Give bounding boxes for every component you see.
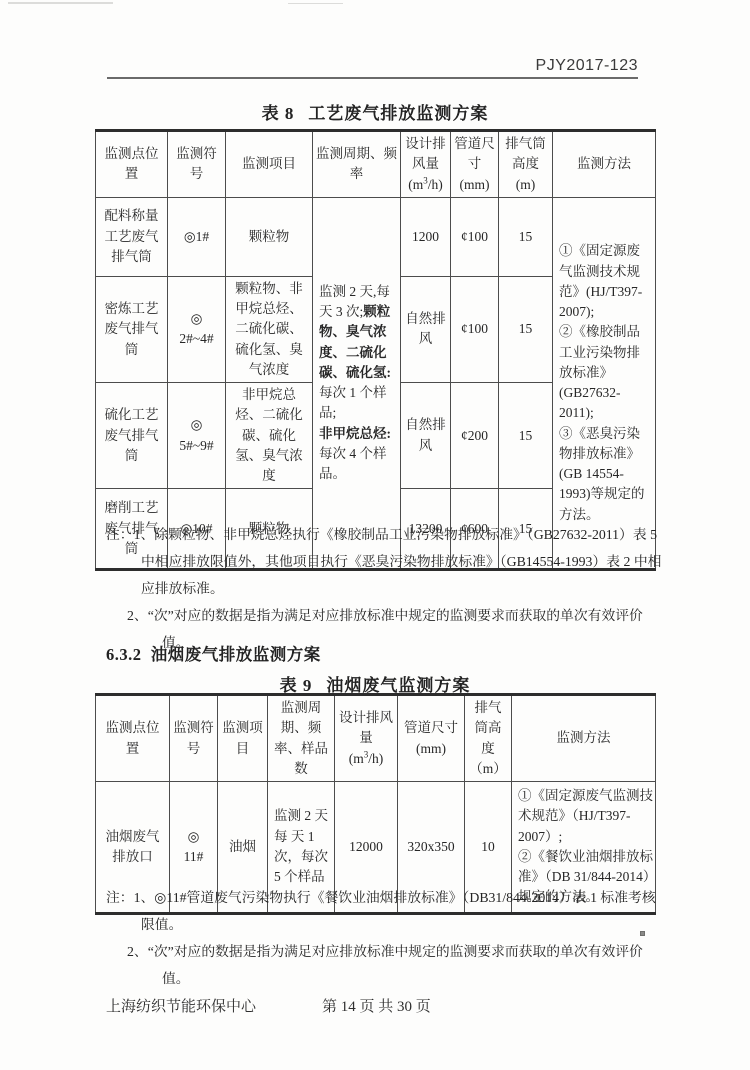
footer-page-number: 第 14 页 共 30 页 [322,995,431,1016]
header-rule [107,77,638,79]
table9-header-airflow: 设计排风量(m3/h) [335,695,398,782]
table8-header-duct: 管道尺寸(mm) [451,131,499,198]
cell-location: 配料称量工艺废气排气筒 [96,197,168,276]
cell-airflow: 自然排风 [401,383,451,489]
table9-fume-exhaust-monitoring: 监测点位置 监测符号 监测项目 监测周期、频率、样品数 设计排风量(m3/h) … [95,693,656,915]
table8-header-symbol: 监测符号 [168,131,226,198]
table9-header-item: 监测项目 [218,695,268,782]
scan-registration-mark [640,931,645,936]
table8-header-airflow: 设计排风量(m3/h) [401,131,451,198]
section-heading-632: 6.3.2 油烟废气排放监测方案 [106,641,321,665]
table8-title-prefix: 表 8 [262,104,295,123]
cell-height: 15 [499,383,553,489]
cell-item: 颗粒物 [226,197,313,276]
table9-notes: 注：1、◎11#管道废气污染物执行《餐饮业油烟排放标准》（DB31/844-20… [106,884,666,992]
cell-airflow: 1200 [401,197,451,276]
footer-organization: 上海纺织节能环保中心 [106,999,256,1015]
cell-item: 颗粒物、非甲烷总烃、二硫化碳、硫化氢、臭气浓度 [226,276,313,382]
cell-item: 非甲烷总烃、二硫化碳、硫化氢、臭气浓度 [226,383,313,489]
table9-header-location: 监测点位置 [96,695,170,782]
table9-header-method: 监测方法 [512,695,656,782]
table9-header-duct: 管道尺寸(mm) [398,695,465,782]
cell-height: 15 [499,197,553,276]
table8-note-1: 注：1、除颗粒物、非甲烷总烃执行《橡胶制品工业污染物排放标准》（GB27632-… [106,521,666,602]
cell-frequency-merged: 监测 2 天,每天 3 次;颗粒物、臭气浓度、二硫化碳、硫化氢:每次 1 个样品… [313,197,401,570]
document-code: PJY2017-123 [0,57,638,75]
table8-header-method: 监测方法 [553,131,656,198]
table9-note-2: 2、“次”对应的数据是指为满足对应排放标准中规定的监测要求而获取的单次有效评价值… [106,938,666,992]
cell-airflow: 自然排风 [401,276,451,382]
table8-notes: 注：1、除颗粒物、非甲烷总烃执行《橡胶制品工业污染物排放标准》（GB27632-… [106,521,666,656]
cell-duct: ¢100 [451,197,499,276]
scan-artifact [288,3,343,4]
table9-header-symbol: 监测符号 [170,695,218,782]
table8-header-item: 监测项目 [226,131,313,198]
scanned-document-page: PJY2017-123 表 8工艺废气排放监测方案 监测点位置 监测符号 监测项… [0,0,750,1070]
scan-artifact [8,2,113,4]
table8-header-frequency: 监测周期、频率 [313,131,401,198]
table8-process-exhaust-monitoring: 监测点位置 监测符号 监测项目 监测周期、频率 设计排风量(m3/h) 管道尺寸… [95,129,656,571]
table8-header-location: 监测点位置 [96,131,168,198]
cell-location: 硫化工艺废气排气筒 [96,383,168,489]
table8-header-stack-height: 排气筒高度(m) [499,131,553,198]
cell-duct: ¢100 [451,276,499,382]
table8-title: 表 8工艺废气排放监测方案 [95,99,655,124]
cell-symbol: ◎ 2#~4# [168,276,226,382]
cell-symbol: ◎1# [168,197,226,276]
table9-header-frequency: 监测周期、频率、样品数 [268,695,335,782]
table8-title-text: 工艺废气排放监测方案 [308,104,488,123]
cell-height: 15 [499,276,553,382]
cell-duct: ¢200 [451,383,499,489]
cell-location: 密炼工艺废气排气筒 [96,276,168,382]
cell-symbol: ◎ 5#~9# [168,383,226,489]
table8-row-1: 配料称量工艺废气排气筒 ◎1# 颗粒物 监测 2 天,每天 3 次;颗粒物、臭气… [96,197,656,276]
table8-header-row: 监测点位置 监测符号 监测项目 监测周期、频率 设计排风量(m3/h) 管道尺寸… [96,131,656,198]
table9-header-stack-height: 排气筒高度（m） [465,695,512,782]
cell-method-merged: ①《固定源废气监测技术规范》(HJ/T397-2007); ②《橡胶制品工业污染… [553,197,656,570]
page-footer: 上海纺织节能环保中心 第 14 页 共 30 页 [106,995,666,1016]
table9-header-row: 监测点位置 监测符号 监测项目 监测周期、频率、样品数 设计排风量(m3/h) … [96,695,656,782]
table9-note-1: 注：1、◎11#管道废气污染物执行《餐饮业油烟排放标准》（DB31/844-20… [106,884,666,938]
